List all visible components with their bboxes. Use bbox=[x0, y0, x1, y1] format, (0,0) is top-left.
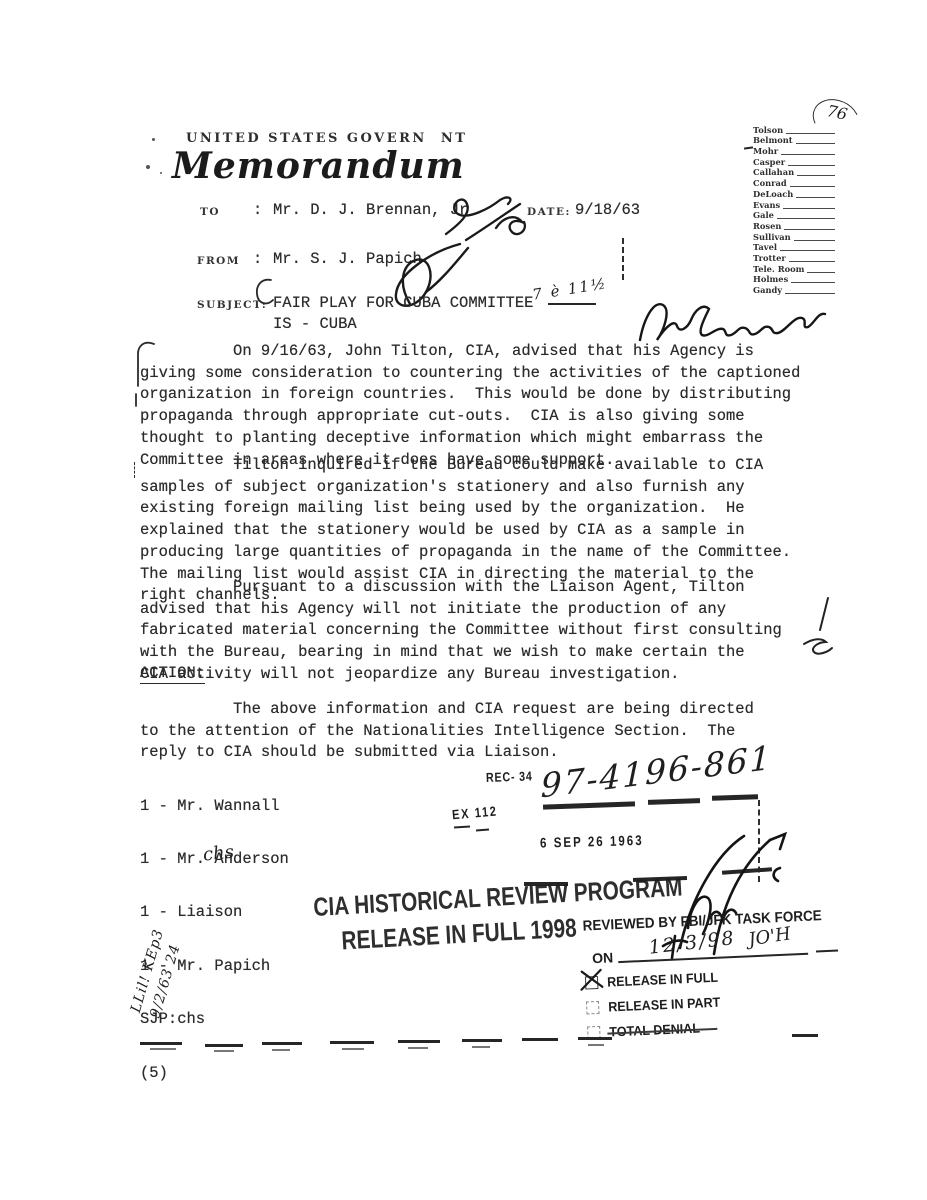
routing-name: Trotter bbox=[753, 253, 786, 263]
on-line-dash bbox=[816, 949, 838, 952]
on-label: ON bbox=[592, 949, 614, 966]
routing-row: Tele. Room bbox=[753, 263, 835, 274]
smudge-dash bbox=[272, 1049, 290, 1051]
memo-title: Memorandum bbox=[172, 145, 465, 187]
routing-name: Evans bbox=[753, 200, 780, 210]
subject-handwritten-note: 7 è 11½ bbox=[531, 274, 608, 304]
heavy-dash bbox=[712, 794, 758, 800]
checkbox-full-text: RELEASE IN FULL bbox=[607, 970, 718, 990]
smudge-dash bbox=[792, 1034, 818, 1037]
checkbox-part-label: RELEASE IN PART bbox=[608, 994, 729, 1014]
routing-row: Mohr bbox=[753, 145, 835, 156]
checkbox-x-mark bbox=[579, 967, 606, 994]
to-colon: : bbox=[253, 200, 262, 222]
smudge-dash bbox=[140, 1042, 182, 1045]
ex-stamp-dash bbox=[454, 825, 470, 828]
review-initials-handwritten: JO'H bbox=[747, 923, 792, 950]
heavy-dash bbox=[648, 798, 700, 804]
smudge-dash bbox=[150, 1048, 176, 1050]
rec-stamp-text: REC- 34 bbox=[486, 768, 533, 785]
rec-stamp: REC- 34 bbox=[486, 768, 543, 785]
smudge-dash bbox=[578, 1037, 612, 1040]
routing-list: Tolson Belmont Mohr Casper Callahan Conr… bbox=[753, 124, 835, 295]
distribution-line: (5) bbox=[140, 1065, 289, 1083]
routing-row: Holmes bbox=[753, 274, 835, 285]
routing-line bbox=[796, 197, 835, 198]
routing-row: Tavel bbox=[753, 242, 835, 253]
ex-stamp-text: EX 112 bbox=[451, 803, 498, 822]
routing-row: Belmont bbox=[753, 135, 835, 146]
routing-row: Trotter bbox=[753, 252, 835, 263]
corner-mark-number: 76 bbox=[825, 101, 849, 124]
routing-row: Conrad bbox=[753, 177, 835, 188]
secretary-initials-handwritten: chs bbox=[202, 841, 235, 865]
ex-stamp: EX 112 bbox=[451, 803, 508, 823]
date-value: 9/18/63 bbox=[575, 200, 640, 222]
smudge-dash bbox=[214, 1050, 234, 1052]
routing-name: Sullivan bbox=[753, 232, 791, 242]
routing-name: Rosen bbox=[753, 221, 781, 231]
routing-row: Rosen bbox=[753, 220, 835, 231]
routing-tick-mark bbox=[744, 146, 753, 149]
checkbox-denial-label: TOTAL DENIAL bbox=[609, 1020, 707, 1039]
routing-line bbox=[791, 282, 835, 283]
routing-name: DeLoach bbox=[753, 189, 793, 199]
routing-line bbox=[794, 240, 835, 241]
routing-name: Mohr bbox=[753, 146, 778, 156]
body-paragraph-3: Pursuant to a discussion with the Liaiso… bbox=[140, 577, 782, 686]
smudge-dash bbox=[408, 1047, 428, 1049]
routing-line bbox=[796, 143, 835, 144]
smudge-dash bbox=[522, 1038, 558, 1041]
smudge-dash bbox=[588, 1044, 604, 1046]
routing-line bbox=[790, 186, 835, 187]
routing-line bbox=[788, 165, 835, 166]
routing-line bbox=[780, 250, 835, 251]
routing-line bbox=[777, 218, 835, 219]
routing-name: Tolson bbox=[753, 125, 783, 135]
routing-name: Tavel bbox=[753, 242, 777, 252]
task-force-stamp: REVIEWED BY FBI/JFK TASK FORCE ON 12/3/9… bbox=[582, 906, 887, 1046]
checkbox-full-label: RELEASE IN FULL bbox=[607, 969, 727, 989]
smudge-dash bbox=[472, 1046, 490, 1048]
routing-row: Sullivan bbox=[753, 231, 835, 242]
subject-line1: FAIR PLAY FOR CUBA COMMITTEE bbox=[273, 293, 533, 315]
stray-vertical-dash bbox=[622, 238, 624, 280]
smudge-dash bbox=[342, 1048, 364, 1050]
routing-line bbox=[784, 229, 835, 230]
scan-speck bbox=[152, 138, 155, 141]
scan-speck bbox=[146, 165, 150, 169]
smudge-dash bbox=[462, 1039, 502, 1042]
letterhead-agency-line: UNITED STATES GOVERN NT bbox=[186, 131, 467, 146]
margin-tick bbox=[134, 462, 135, 478]
from-colon: : bbox=[253, 249, 262, 271]
routing-line bbox=[797, 175, 835, 176]
from-label: FROM bbox=[197, 255, 240, 267]
smudge-dash bbox=[262, 1042, 302, 1045]
subject-line2: IS - CUBA bbox=[273, 314, 357, 336]
routing-name: Gandy bbox=[753, 285, 782, 295]
to-label: TO bbox=[200, 206, 220, 218]
routing-line bbox=[789, 261, 835, 262]
routing-line bbox=[807, 272, 835, 273]
routing-name: Gale bbox=[753, 210, 774, 220]
routing-line bbox=[781, 154, 835, 155]
subject-note-underline bbox=[548, 303, 596, 305]
smudge-dash bbox=[398, 1040, 440, 1043]
routing-row: Evans bbox=[753, 199, 835, 210]
scanned-memo-page: Tolson Belmont Mohr Casper Callahan Conr… bbox=[0, 0, 927, 1200]
routing-row: DeLoach bbox=[753, 188, 835, 199]
routing-line bbox=[783, 208, 835, 209]
routing-row: Gale bbox=[753, 210, 835, 221]
routing-name: Callahan bbox=[753, 167, 794, 177]
action-heading: ACTION: bbox=[140, 664, 205, 684]
body-paragraph-1: On 9/16/63, John Tilton, CIA, advised th… bbox=[140, 341, 800, 471]
checkbox-part-text: RELEASE IN PART bbox=[608, 995, 721, 1015]
review-date-handwritten: 12/3/98 bbox=[648, 927, 737, 959]
checkbox-part bbox=[586, 1001, 600, 1015]
routing-name: Casper bbox=[753, 157, 785, 167]
routing-name: Conrad bbox=[753, 178, 787, 188]
date-label: DATE: bbox=[527, 206, 571, 218]
routing-name: Belmont bbox=[753, 135, 793, 145]
distribution-line: 1 - Mr. Wannall bbox=[140, 798, 289, 816]
routing-row: Gandy bbox=[753, 284, 835, 295]
right-margin-scrawl bbox=[798, 596, 834, 666]
routing-name: Tele. Room bbox=[753, 264, 804, 274]
routing-row: Casper bbox=[753, 156, 835, 167]
routing-line bbox=[785, 293, 835, 294]
routing-row: Callahan bbox=[753, 167, 835, 178]
scan-speck bbox=[160, 172, 162, 174]
smudge-dash bbox=[205, 1044, 243, 1047]
routing-name: Holmes bbox=[753, 274, 788, 284]
smudge-dash bbox=[330, 1041, 374, 1044]
ex-stamp-dash bbox=[476, 829, 489, 832]
